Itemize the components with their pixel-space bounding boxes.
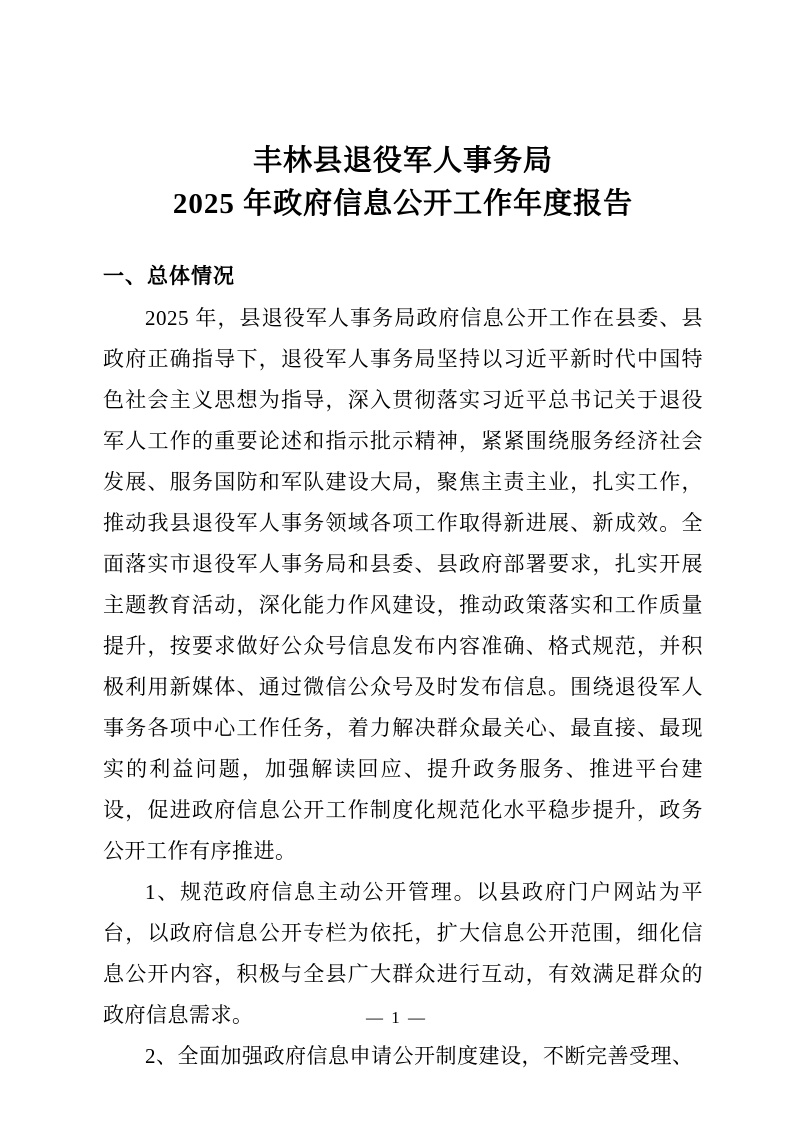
document-title-line-1: 丰林县退役军人事务局 xyxy=(103,140,703,183)
document-page: 丰林县退役军人事务局 2025 年政府信息公开工作年度报告 一、总体情况 202… xyxy=(0,0,793,1122)
document-title: 丰林县退役军人事务局 2025 年政府信息公开工作年度报告 xyxy=(103,140,703,226)
page-number: — 1 — xyxy=(0,1008,793,1028)
document-title-line-2: 2025 年政府信息公开工作年度报告 xyxy=(103,183,703,226)
section-heading-overall-situation: 一、总体情况 xyxy=(103,256,703,298)
paragraph-item-2: 2、全面加强政府信息申请公开制度建设，不断完善受理、 xyxy=(103,1036,703,1077)
paragraph-overview: 2025 年，县退役军人事务局政府信息公开工作在县委、县政府正确指导下，退役军人… xyxy=(103,298,703,872)
